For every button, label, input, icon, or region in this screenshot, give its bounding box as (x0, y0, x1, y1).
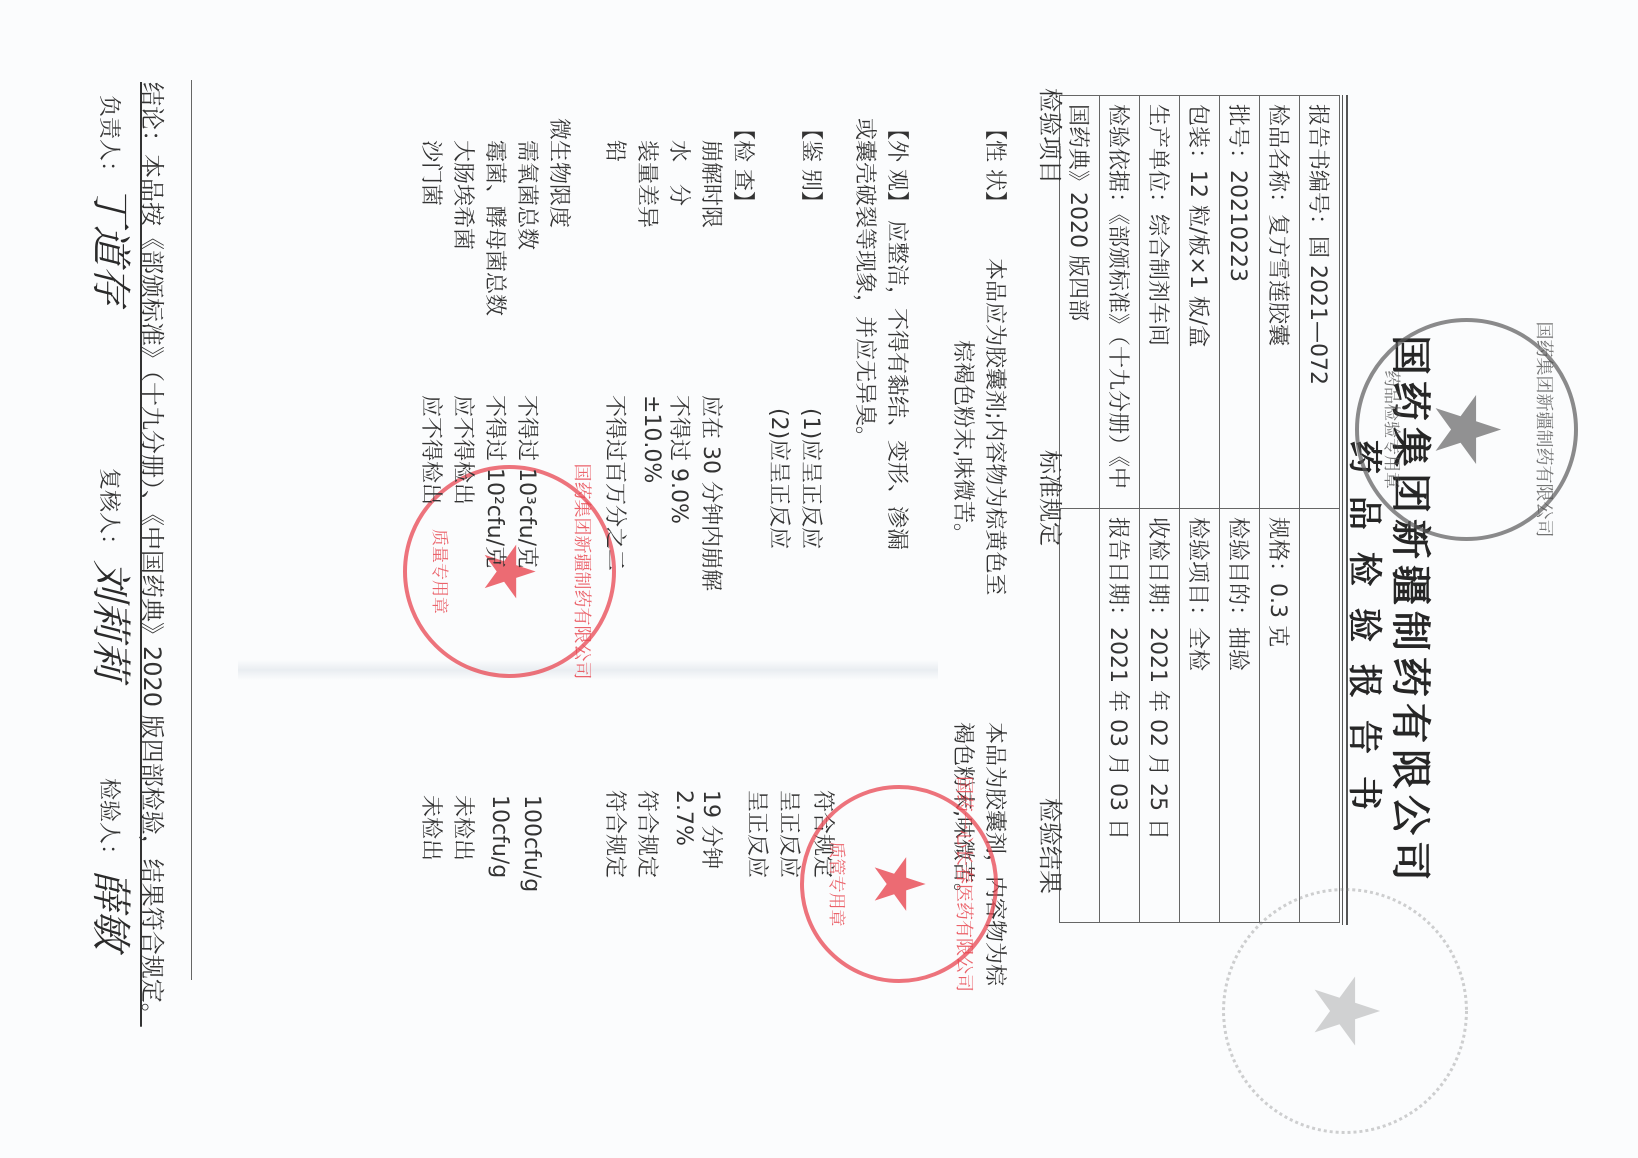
character-standard: 本品应为胶囊剂;内容物为棕黄色至 (981, 258, 1012, 595)
star-icon: ★ (864, 853, 934, 916)
appearance-standard-cont: 或囊壳破裂等现象，并应无异臭。 (851, 118, 882, 448)
microbial-item-name: 需氧菌总数 (513, 140, 544, 250)
identification-standard-2: (2)应呈正反应 (765, 408, 796, 549)
star-icon: ★ (1422, 389, 1512, 470)
identification-standard-1: (1)应呈正反应 (797, 408, 828, 549)
microbial-item-name: 霉菌、酵母菌总数 (481, 140, 512, 316)
report-info-table: 报告书编号：国 2021—072 检品名称：复方雪莲胶囊规格：0.3 克 批号：… (1059, 95, 1340, 923)
inspection-item-result: 符合规定 (633, 790, 664, 878)
reviewer-label: 复核人： (95, 468, 126, 556)
inspection-item-name: 装量差异 (633, 140, 664, 228)
star-icon: ★ (1300, 971, 1390, 1052)
quality-management-stamp: 国药一心长春医药有限公司 ★ 质管专用章 (800, 785, 998, 983)
report-date: 报告日期：2021 年 03 月 03 日 (1100, 509, 1140, 923)
section-character-label: 【性 状】 (981, 118, 1012, 213)
microbial-item-result: 未检出 (417, 795, 448, 861)
column-header-standard: 标准规定 (1035, 450, 1070, 546)
inspection-item-name: 水 分 (665, 140, 696, 206)
inspection-basis: 检验依据：《部颁标准》（十九分册）《中 (1100, 96, 1140, 509)
microbial-item-standard: 应不得检出 (417, 395, 448, 505)
inspector-label: 检验人： (95, 778, 126, 866)
inspection-item-standard: 应在 30 分钟内崩解 (697, 395, 728, 591)
microbial-item-standard: 应不得检出 (449, 395, 480, 505)
microbial-item-standard: 不得过 10²cfu/克 (481, 395, 512, 568)
table-row: 生产单位：综合制剂车间收检日期：2021 年 02 月 25 日 (1140, 96, 1180, 923)
microbial-item-name: 大肠埃希菌 (449, 140, 480, 250)
report-number: 报告书编号：国 2021—072 (1300, 96, 1340, 509)
column-header-result: 检验结果 (1035, 798, 1070, 894)
inspection-item-standard: 不得过 9.0% (665, 395, 696, 524)
section-appearance-label: 【外 观】 (883, 118, 914, 213)
inspection-report-page: 国药集团新疆制药有限公司 药品检验报告书 报告书编号：国 2021—072 检品… (0, 0, 1638, 1158)
section-microbial-label: 微生物限度 (545, 118, 576, 228)
inspection-purpose: 检验目的：抽验 (1220, 509, 1260, 923)
section-identification-label: 【鉴 别】 (797, 118, 828, 213)
specification: 规格：0.3 克 (1260, 509, 1300, 923)
microbial-item-result: 100cfu/g (519, 795, 544, 892)
section-inspection-label: 【检 查】 (729, 118, 760, 213)
identification-result-2: 呈正反应 (743, 790, 774, 878)
table-row: 批号：20210223检验目的：抽验 (1220, 96, 1260, 923)
microbial-item-standard: 不得过 10³cfu/克 (513, 395, 544, 568)
quality-inspection-stamp: 国药集团新疆制药有限公司 ★ 药品检验专用章 (1355, 318, 1578, 541)
header-rule (1342, 95, 1348, 925)
inspection-item-standard: ±10.0% (639, 395, 664, 483)
conclusion-text: 结论：本品按《部颁标准》（十九分册）、《中国药典》2020 版四部检验，结果符合… (137, 82, 172, 1027)
inspection-item-result: 19 分钟 (697, 790, 728, 869)
appearance-standard: 应整洁，不得有黏结、变形、渗漏 (883, 220, 914, 550)
inspection-item-name: 崩解时限 (697, 140, 728, 228)
column-header-item: 检验项目 (1035, 88, 1070, 184)
inspection-item-standard: 不得过百万分之二 (601, 395, 632, 571)
inspection-item-result: 符合规定 (601, 790, 632, 878)
faint-stamp: ★ (1222, 888, 1468, 1134)
microbial-item-result: 未检出 (449, 795, 480, 861)
reviewer-signature: 刘莉莉 (85, 560, 142, 680)
inspection-items: 检验项目：全检 (1180, 509, 1220, 923)
product-name: 检品名称：复方雪莲胶囊 (1260, 96, 1300, 509)
receipt-date: 收检日期：2021 年 02 月 25 日 (1140, 509, 1180, 923)
inspector-signature: 薛敏 (85, 870, 142, 950)
table-row: 报告书编号：国 2021—072 (1300, 96, 1340, 923)
table-row: 检品名称：复方雪莲胶囊规格：0.3 克 (1260, 96, 1300, 923)
inspection-item-result: 2.7% (671, 790, 696, 846)
production-unit: 生产单位：综合制剂车间 (1140, 96, 1180, 509)
responsible-signature: 丁道存 (85, 185, 142, 305)
inspection-item-name: 铅 (601, 140, 632, 162)
table-row: 包装：12 粒/板×1 板/盒检验项目：全检 (1180, 96, 1220, 923)
microbial-item-name: 沙门菌 (417, 140, 448, 206)
batch-number: 批号：20210223 (1220, 96, 1260, 509)
responsible-label: 负责人： (95, 95, 126, 183)
conclusion-rule (191, 80, 192, 980)
packaging: 包装：12 粒/板×1 板/盒 (1180, 96, 1220, 509)
microbial-item-result: 10cfu/g (487, 795, 512, 878)
table-row: 检验依据：《部颁标准》（十九分册）《中报告日期：2021 年 03 月 03 日 (1100, 96, 1140, 923)
character-standard-cont: 棕褐色粉末,味微苦。 (949, 340, 980, 545)
